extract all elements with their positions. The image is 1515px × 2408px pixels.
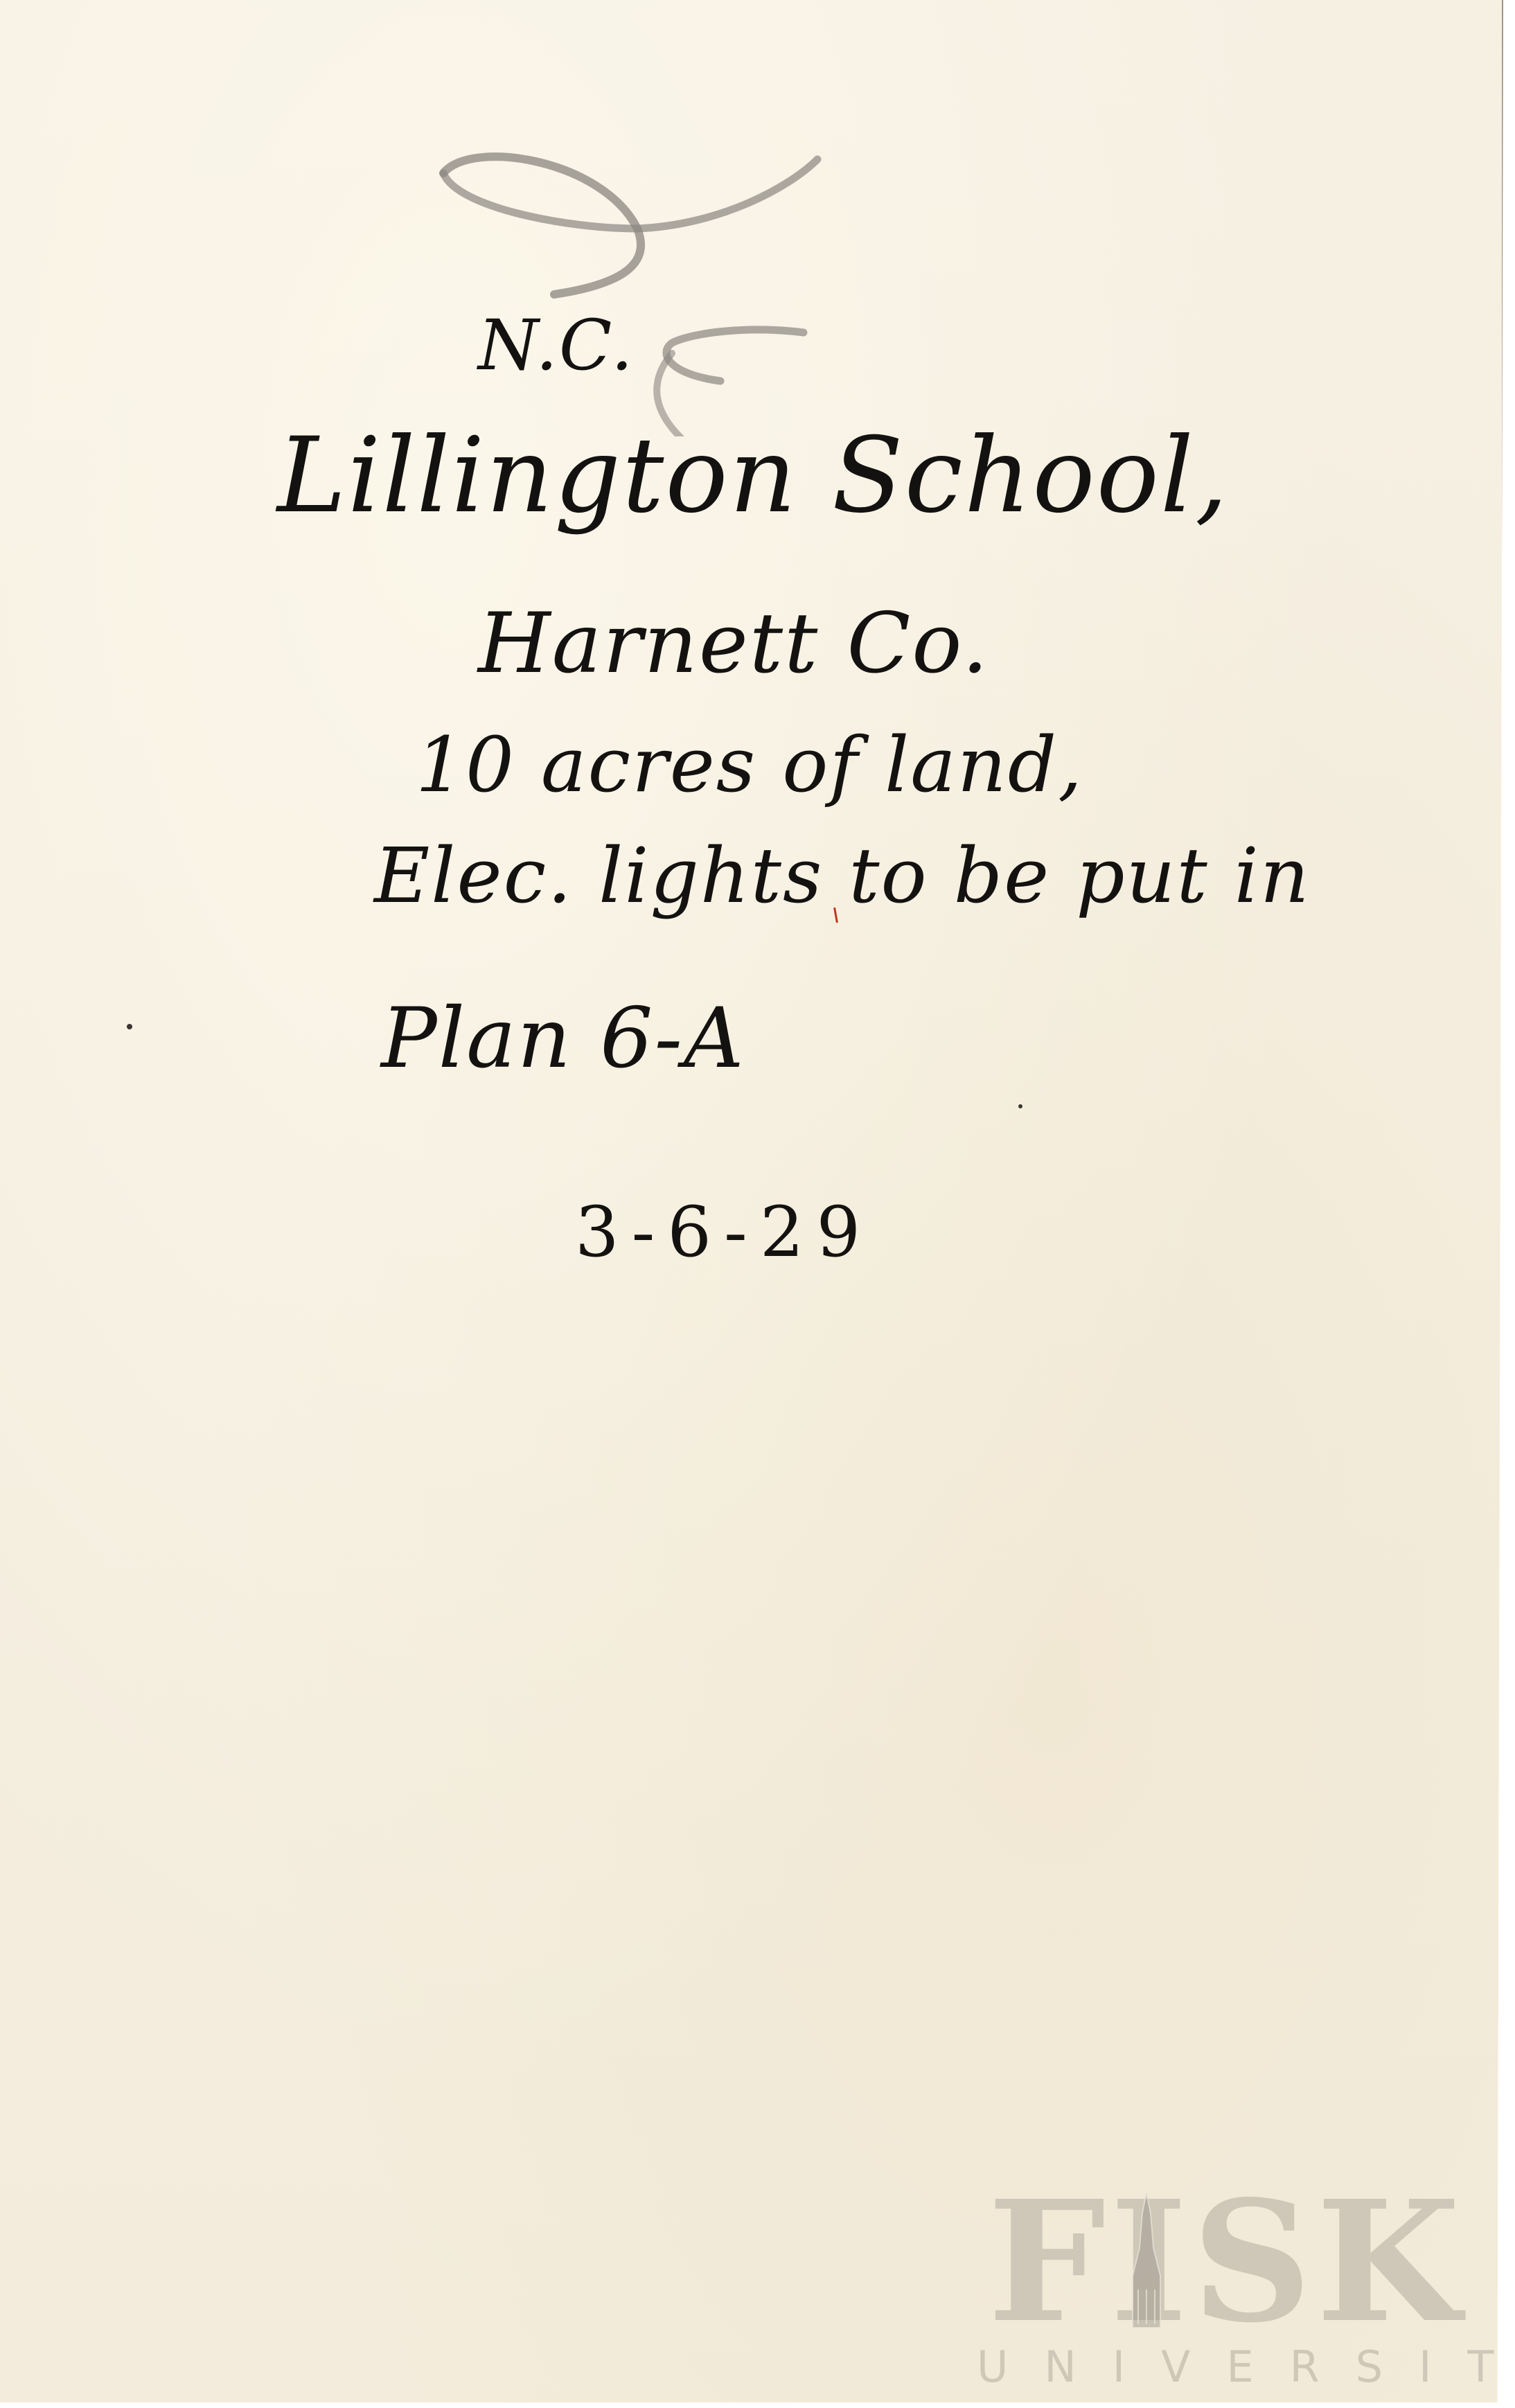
watermark-main-text: FISK	[949, 2182, 1503, 2341]
electric-lights-line: Elec. lights to be put in	[374, 831, 1311, 920]
chapel-spire-icon	[1126, 2193, 1167, 2338]
ink-speck	[1018, 1104, 1022, 1108]
land-acres-line: 10 acres of land,	[416, 720, 1083, 809]
date-line: 3-6-29	[575, 1192, 873, 1273]
state-line: N.C.	[478, 305, 635, 386]
watermark-sub-text: UNIVERSITY	[949, 2343, 1503, 2391]
school-name-line: Lillington School,	[277, 416, 1230, 536]
archival-card: N.C. Lillington School, Harnett Co. 10 a…	[0, 0, 1503, 2402]
fisk-university-watermark: FISK UNIVERSITY	[949, 2182, 1503, 2404]
ink-speck	[127, 1024, 132, 1029]
county-line: Harnett Co.	[478, 596, 990, 692]
plan-line: Plan 6-A	[381, 991, 745, 1087]
pencil-flourish-icon	[429, 145, 859, 436]
